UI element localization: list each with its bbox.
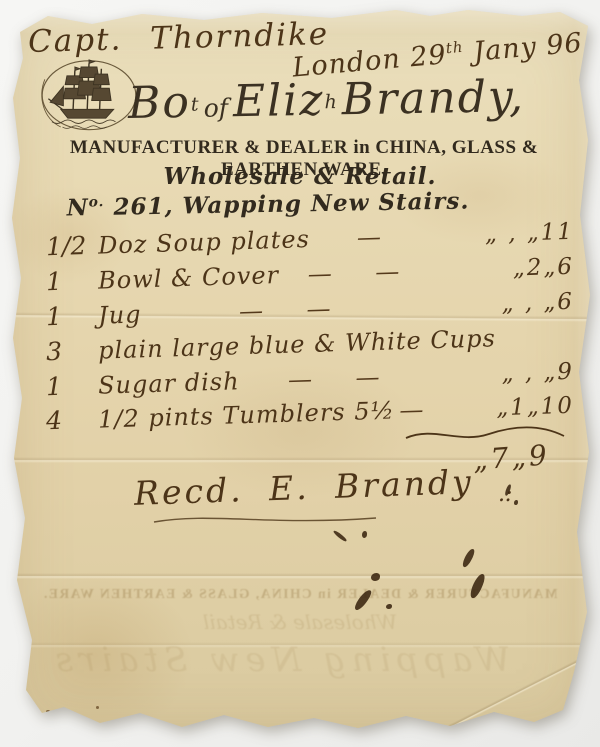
horizontal-crease: [0, 573, 600, 579]
ink-blot: [371, 573, 380, 581]
ink-blot: [461, 547, 476, 568]
ink-speck: [46, 710, 50, 713]
item-dashes: —: [309, 221, 446, 253]
proprietor-name-superscript: h: [324, 91, 337, 113]
day-superscript: th: [445, 38, 464, 57]
item-dashes: — —: [239, 361, 446, 395]
item-price: „1„10: [446, 393, 575, 423]
receipt-paper: MANUFACTURER & DEALER in CHINA, GLASS & …: [0, 0, 600, 747]
address-prefix: N: [66, 194, 88, 221]
item-qty: 1: [46, 371, 99, 402]
total-amount: „7„9: [472, 438, 551, 476]
item-qty: 1: [46, 266, 99, 297]
ink-speck: [96, 706, 99, 709]
item-desc: plain large blue & White Cups: [98, 324, 497, 364]
proprietor-first-name: Eliz: [233, 75, 325, 128]
item-qty: 1: [46, 301, 99, 332]
bought-prefix-superscript: t: [191, 93, 199, 115]
item-price: „3: [495, 322, 600, 352]
bought-prefix: Bo: [128, 77, 192, 129]
item-desc: Sugar dish: [98, 367, 240, 399]
address-superscript: o.: [88, 194, 104, 210]
ink-blot: [333, 529, 348, 542]
day: 29: [409, 39, 448, 73]
item-price: „ , „6: [446, 289, 575, 319]
item-price: „2„6: [446, 254, 575, 284]
bought-of-word: of: [203, 93, 228, 122]
scan-background: MANUFACTURER & DEALER in CHINA, GLASS & …: [0, 0, 600, 747]
bleedthrough-text: Wholesale & Retail: [60, 610, 540, 634]
ink-speck: [30, 704, 34, 707]
signature-flourish: [150, 512, 380, 528]
sailing-ship-icon: [36, 54, 142, 140]
item-desc: Doz Soup plates: [98, 225, 311, 260]
item-dashes: —: [394, 395, 446, 425]
item-dashes: — —: [279, 256, 447, 289]
paper-shadow: MANUFACTURER & DEALER in CHINA, GLASS & …: [0, 0, 600, 747]
ink-blot: [362, 531, 367, 538]
proprietor-last-name: Brandy,: [341, 71, 525, 125]
item-qty: 4: [46, 405, 99, 436]
ink-blot: [386, 604, 392, 609]
ink-blot: [514, 500, 518, 505]
bleedthrough-text: Wapping New Stairs: [40, 640, 520, 680]
signature: Recd. E. Brandy: [133, 462, 474, 513]
bought-of-line: Bot of Elizh Brandy,: [128, 70, 591, 129]
ink-speck: [18, 698, 23, 702]
bleedthrough-text: MANUFACTURER & DEALER in CHINA, GLASS & …: [20, 586, 580, 602]
item-desc: 1/2 pints Tumblers 5½: [98, 396, 395, 433]
item-price: „ , „9: [446, 359, 575, 389]
address-rest: 261, Wapping New Stairs.: [104, 187, 469, 220]
item-qty: 1/2: [46, 231, 99, 262]
item-dashes: — —: [141, 291, 446, 329]
item-desc: Jug: [98, 300, 142, 329]
item-desc: Bowl & Cover: [98, 261, 280, 295]
item-qty: 3: [46, 336, 99, 367]
item-price: „ , „11: [446, 219, 575, 249]
